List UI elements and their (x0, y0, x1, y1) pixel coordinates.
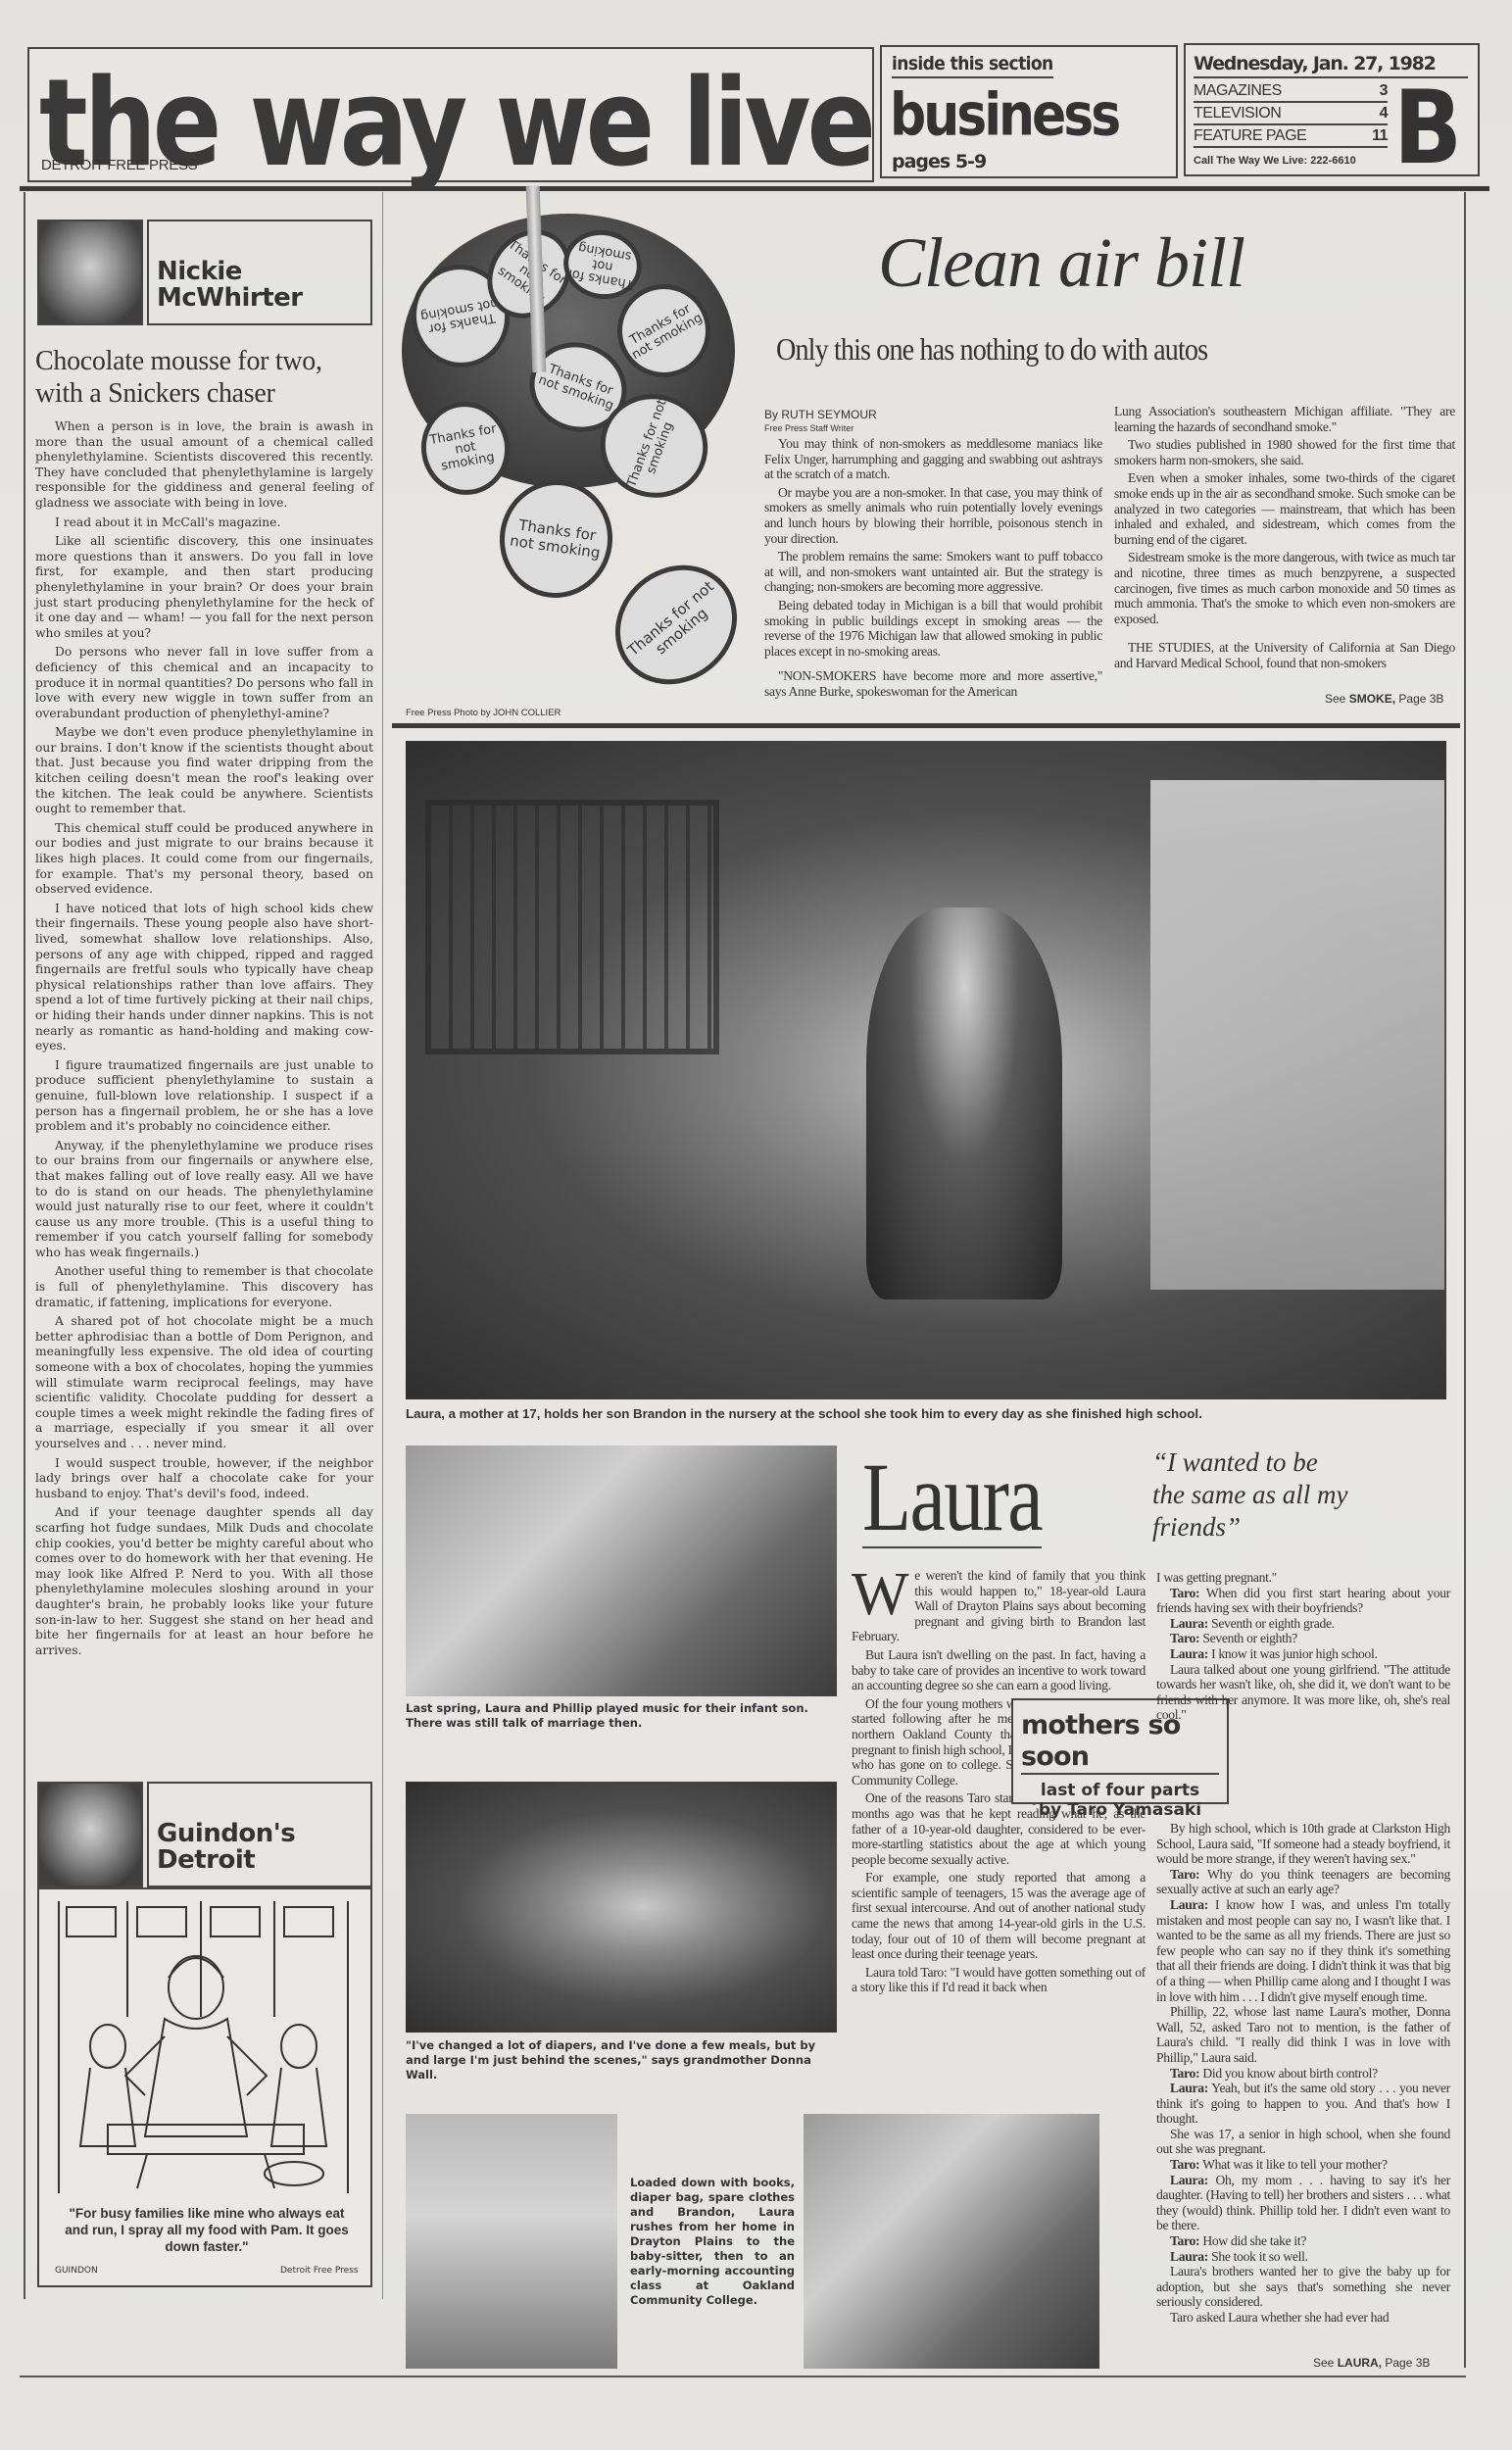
laura-phillip-music-photo (406, 1445, 837, 1696)
button-graphic: Thanks for not smoking (591, 541, 761, 710)
laura-col2-lower: By high school, which is 10th grade at C… (1156, 1821, 1450, 2326)
inside-section-label: inside this section (892, 53, 1053, 78)
columnist-name-box: Nickie McWhirter (147, 220, 372, 325)
accounting-class-photo (804, 2114, 1099, 2369)
clean-air-headline: Clean air bill (878, 227, 1244, 298)
left-column-rule (24, 192, 25, 2299)
bottom-rule (20, 2376, 1466, 2377)
button-graphic: Thanks for not smoking (559, 224, 648, 306)
dresser-shape (1150, 780, 1444, 1290)
left-column-right-rule (382, 192, 383, 2299)
masthead-rule (20, 186, 1489, 191)
clean-air-deck: Only this one has nothing to do with aut… (776, 331, 1207, 367)
section-letter: B (1393, 78, 1462, 179)
thanks-for-not-smoking-buttons: Thanks for not smoking Thanks for not sm… (392, 206, 755, 686)
series-sub-2: by Taro Yamasaki (1013, 1800, 1227, 1820)
laura-nursery-photo (406, 741, 1446, 1399)
clean-air-col1: You may think of non-smokers as meddleso… (764, 436, 1102, 703)
inside-section-pages: pages 5-9 (892, 151, 986, 172)
dropcap: W (852, 1570, 908, 1619)
laura-headline: Laura (862, 1448, 1042, 1548)
photo2-caption: Last spring, Laura and Phillip played mu… (406, 1701, 841, 1731)
section-divider (392, 723, 1460, 728)
button-graphic: Thanks for not smoking (414, 395, 516, 502)
series-sub-1: last of four parts (1013, 1781, 1227, 1800)
mother-figure (866, 907, 1062, 1299)
call-line: Call The Way We Live: 222-6610 (1194, 155, 1356, 167)
index-row-feature-page[interactable]: FEATURE PAGE11 (1194, 125, 1388, 148)
cartoon-panel: "For busy families like mine who always … (37, 1887, 372, 2287)
drayton-plains-home-photo (406, 2114, 617, 2369)
section-index: MAGAZINES3 TELEVISION4 FEATURE PAGE11 (1194, 80, 1388, 148)
index-row-magazines[interactable]: MAGAZINES3 (1194, 80, 1388, 103)
columnist-photo-mcwhirter (37, 220, 143, 325)
laura-col2: I was getting pregnant." Taro: When did … (1156, 1570, 1450, 1723)
crib-shape (425, 800, 719, 1054)
photo3-caption: "I've changed a lot of diapers, and I've… (406, 2038, 841, 2082)
cartoon-drawing (49, 1899, 365, 2193)
cartoonist-photo-guindon (37, 1782, 143, 1887)
index-row-television[interactable]: TELEVISION4 (1194, 103, 1388, 125)
column-body: When a person is in love, the brain is a… (35, 419, 373, 1662)
cartoon-signature: GUINDON (55, 2266, 98, 2276)
column-headline: Chocolate mousse for two, with a Snicker… (35, 345, 378, 410)
button-graphic: Thanks for not smoking (492, 473, 620, 606)
date-index-box: Wednesday, Jan. 27, 1982 MAGAZINES3 TELE… (1184, 43, 1480, 176)
smoke-jump-link[interactable]: See SMOKE, Page 3B (1325, 692, 1443, 706)
laura-main-caption: Laura, a mother at 17, holds her son Bra… (406, 1406, 1454, 1422)
inside-section-name[interactable]: business (890, 86, 1118, 145)
grandmother-photo (406, 1782, 837, 2033)
cartoon-title-box: Guindon's Detroit (147, 1782, 372, 1887)
cartoon-credit: Detroit Free Press (280, 2266, 359, 2276)
columnist-name: Nickie McWhirter (157, 259, 303, 312)
masthead-title-box: the way we live DETROIT FREE PRESS (27, 47, 874, 182)
right-edge-rule (1464, 192, 1466, 2368)
laura-jump-link[interactable]: See LAURA, Page 3B (1313, 2356, 1430, 2370)
clean-air-byline-title: Free Press Staff Writer (764, 423, 854, 433)
laura-pullquote: “I wanted to be the same as all my frien… (1152, 1446, 1348, 1543)
inside-section-box: inside this section business pages 5-9 (880, 45, 1178, 178)
clean-air-col2: Lung Association's southeastern Michigan… (1114, 404, 1455, 674)
photo4-caption: Loaded down with books, diaper bag, spar… (630, 2176, 795, 2308)
clean-air-byline: By RUTH SEYMOUR (764, 408, 877, 421)
photo-credit-collier: Free Press Photo by JOHN COLLIER (406, 708, 561, 718)
publication-name: DETROIT FREE PRESS (41, 157, 197, 173)
cartoon-caption: "For busy families like mine who always … (61, 2205, 353, 2255)
cartoon-title: Guindon's Detroit (157, 1821, 295, 1874)
